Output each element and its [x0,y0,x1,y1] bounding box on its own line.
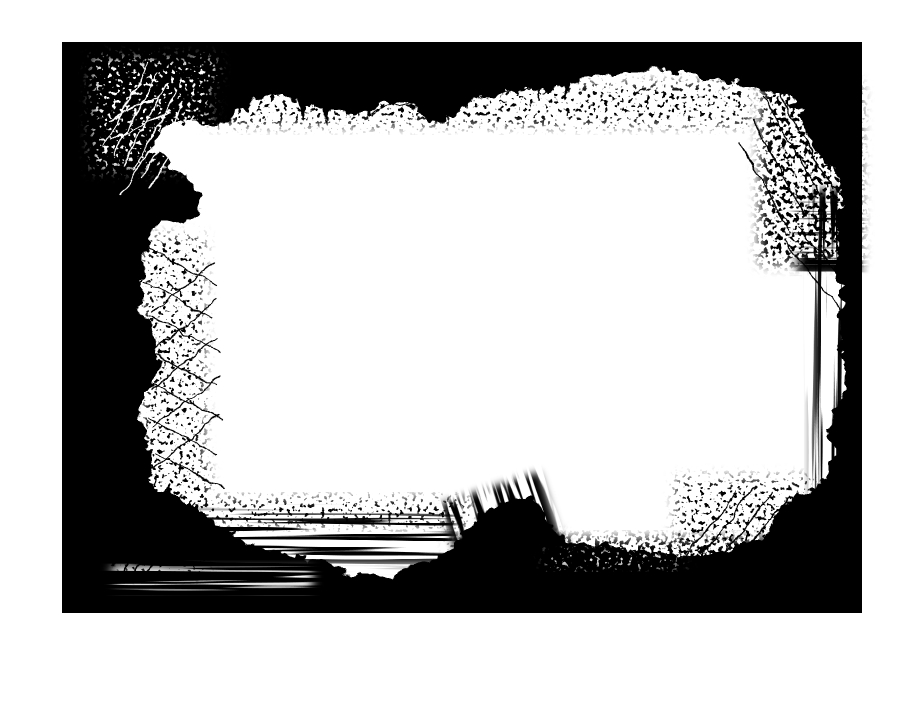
canvas: Grunge frame [0,0,920,702]
bottomright-corner-spray [676,478,816,568]
topright-corner-spray [760,84,860,264]
top-edge-spray [210,82,750,126]
topleft-white-spray [92,58,217,170]
grunge-frame-figure: Grunge frame [0,0,920,702]
grunge-frame-image [0,0,920,702]
bottomleft-corner-spray [118,466,208,576]
bottom-scratch-spray [170,498,470,526]
